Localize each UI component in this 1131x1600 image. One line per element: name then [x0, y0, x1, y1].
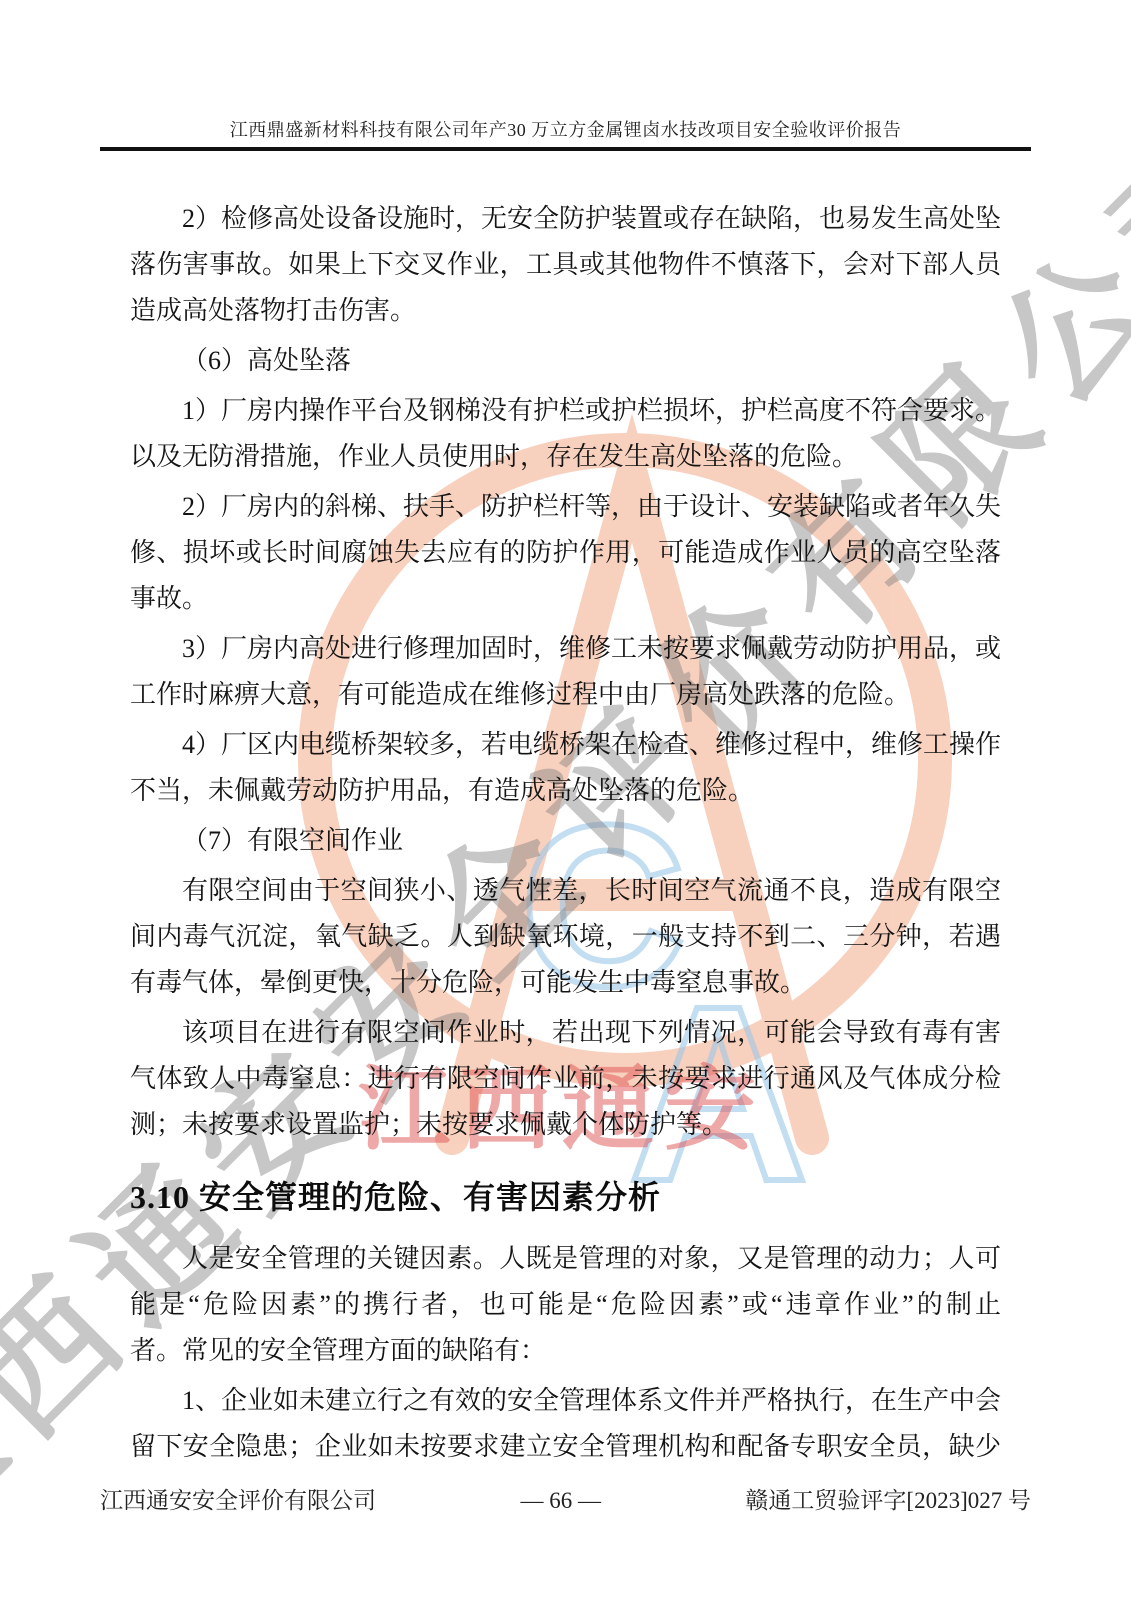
text-line: 1）厂房内操作平台及钢梯没有护栏或护栏损坏，护栏高度不符合要求。 [130, 388, 1001, 434]
text-line: 以及无防滑措施，作业人员使用时，存在发生高处坠落的危险。 [130, 434, 1001, 480]
paragraph: 人是安全管理的关键因素。人既是管理的对象，又是管理的动力；人可能是“危险因素”的… [130, 1236, 1001, 1374]
footer-page-number: — 66 — [520, 1488, 601, 1514]
text-line: 不当，未佩戴劳动防护用品，有造成高处坠落的危险。 [130, 768, 1001, 814]
text-line: 人是安全管理的关键因素。人既是管理的对象，又是管理的动力；人可 [130, 1236, 1001, 1282]
text-line: 落伤害事故。如果上下交叉作业，工具或其他物件不慎落下，会对下部人员 [130, 242, 1001, 288]
text-line: 该项目在进行有限空间作业时，若出现下列情况，可能会导致有毒有害 [130, 1010, 1001, 1056]
document-page: { "header": { "title": "江西鼎盛新材料科技有限公司年产3… [0, 0, 1131, 1600]
paragraph: 该项目在进行有限空间作业时，若出现下列情况，可能会导致有毒有害气体致人中毒窒息：… [130, 1010, 1001, 1148]
text-line: 测；未按要求设置监护；未按要求佩戴个体防护等。 [130, 1102, 1001, 1148]
text-line: 3）厂房内高处进行修理加固时，维修工未按要求佩戴劳动防护用品，或 [130, 626, 1001, 672]
text-line: 有限空间由于空间狭小、透气性差，长时间空气流通不良，造成有限空 [130, 868, 1001, 914]
text-line: 4）厂区内电缆桥架较多，若电缆桥架在检查、维修过程中，维修工操作 [130, 722, 1001, 768]
text-line: 间内毒气沉淀，氧气缺乏。人到缺氧环境，一般支持不到二、三分钟，若遇 [130, 914, 1001, 960]
text-line: 2）厂房内的斜梯、扶手、防护栏杆等，由于设计、安装缺陷或者年久失 [130, 484, 1001, 530]
paragraph: 3）厂房内高处进行修理加固时，维修工未按要求佩戴劳动防护用品，或工作时麻痹大意，… [130, 626, 1001, 718]
paragraph: 2）检修高处设备设施时，无安全防护装置或存在缺陷，也易发生高处坠落伤害事故。如果… [130, 196, 1001, 334]
paragraph: （7）有限空间作业 [130, 818, 1001, 864]
text-line: 气体致人中毒窒息：进行有限空间作业前，未按要求进行通风及气体成分检 [130, 1056, 1001, 1102]
footer-company: 江西通安安全评价有限公司 [100, 1482, 376, 1515]
page-footer: 江西通安安全评价有限公司 — 66 — 赣通工贸验评字[2023]027 号 [100, 1482, 1031, 1515]
text-line: 工作时麻痹大意，有可能造成在维修过程中由厂房高处跌落的危险。 [130, 672, 1001, 718]
text-line: 者。常见的安全管理方面的缺陷有： [130, 1328, 1001, 1374]
paragraph: 1）厂房内操作平台及钢梯没有护栏或护栏损坏，护栏高度不符合要求。以及无防滑措施，… [130, 388, 1001, 480]
paragraph: 有限空间由于空间狭小、透气性差，长时间空气流通不良，造成有限空间内毒气沉淀，氧气… [130, 868, 1001, 1006]
text-line: 能是“危险因素”的携行者，也可能是“危险因素”或“违章作业”的制止 [130, 1282, 1001, 1328]
section-heading: 3.10 安全管理的危险、有害因素分析 [130, 1174, 1001, 1220]
text-line: （7）有限空间作业 [130, 818, 1001, 864]
text-line: 修、损坏或长时间腐蚀失去应有的防护作用，可能造成作业人员的高空坠落 [130, 530, 1001, 576]
header-rule [100, 147, 1031, 151]
text-line: 造成高处落物打击伤害。 [130, 288, 1001, 334]
footer-document-number: 赣通工贸验评字[2023]027 号 [745, 1482, 1031, 1515]
text-line: 2）检修高处设备设施时，无安全防护装置或存在缺陷，也易发生高处坠 [130, 196, 1001, 242]
text-line: 留下安全隐患；企业如未按要求建立安全管理机构和配备专职安全员，缺少 [130, 1424, 1001, 1470]
paragraph: 1、企业如未建立行之有效的安全管理体系文件并严格执行，在生产中会留下安全隐患；企… [130, 1378, 1001, 1470]
text-line: 事故。 [130, 576, 1001, 622]
paragraph: 4）厂区内电缆桥架较多，若电缆桥架在检查、维修过程中，维修工操作不当，未佩戴劳动… [130, 722, 1001, 814]
page-header-title: 江西鼎盛新材料科技有限公司年产30 万立方金属锂卤水技改项目安全验收评价报告 [100, 116, 1031, 142]
document-content: 2）检修高处设备设施时，无安全防护装置或存在缺陷，也易发生高处坠落伤害事故。如果… [130, 196, 1001, 1474]
paragraph: 2）厂房内的斜梯、扶手、防护栏杆等，由于设计、安装缺陷或者年久失修、损坏或长时间… [130, 484, 1001, 622]
paragraph: （6）高处坠落 [130, 338, 1001, 384]
text-line: 有毒气体，晕倒更快，十分危险，可能发生中毒窒息事故。 [130, 960, 1001, 1006]
text-line: 1、企业如未建立行之有效的安全管理体系文件并严格执行，在生产中会 [130, 1378, 1001, 1424]
text-line: （6）高处坠落 [130, 338, 1001, 384]
